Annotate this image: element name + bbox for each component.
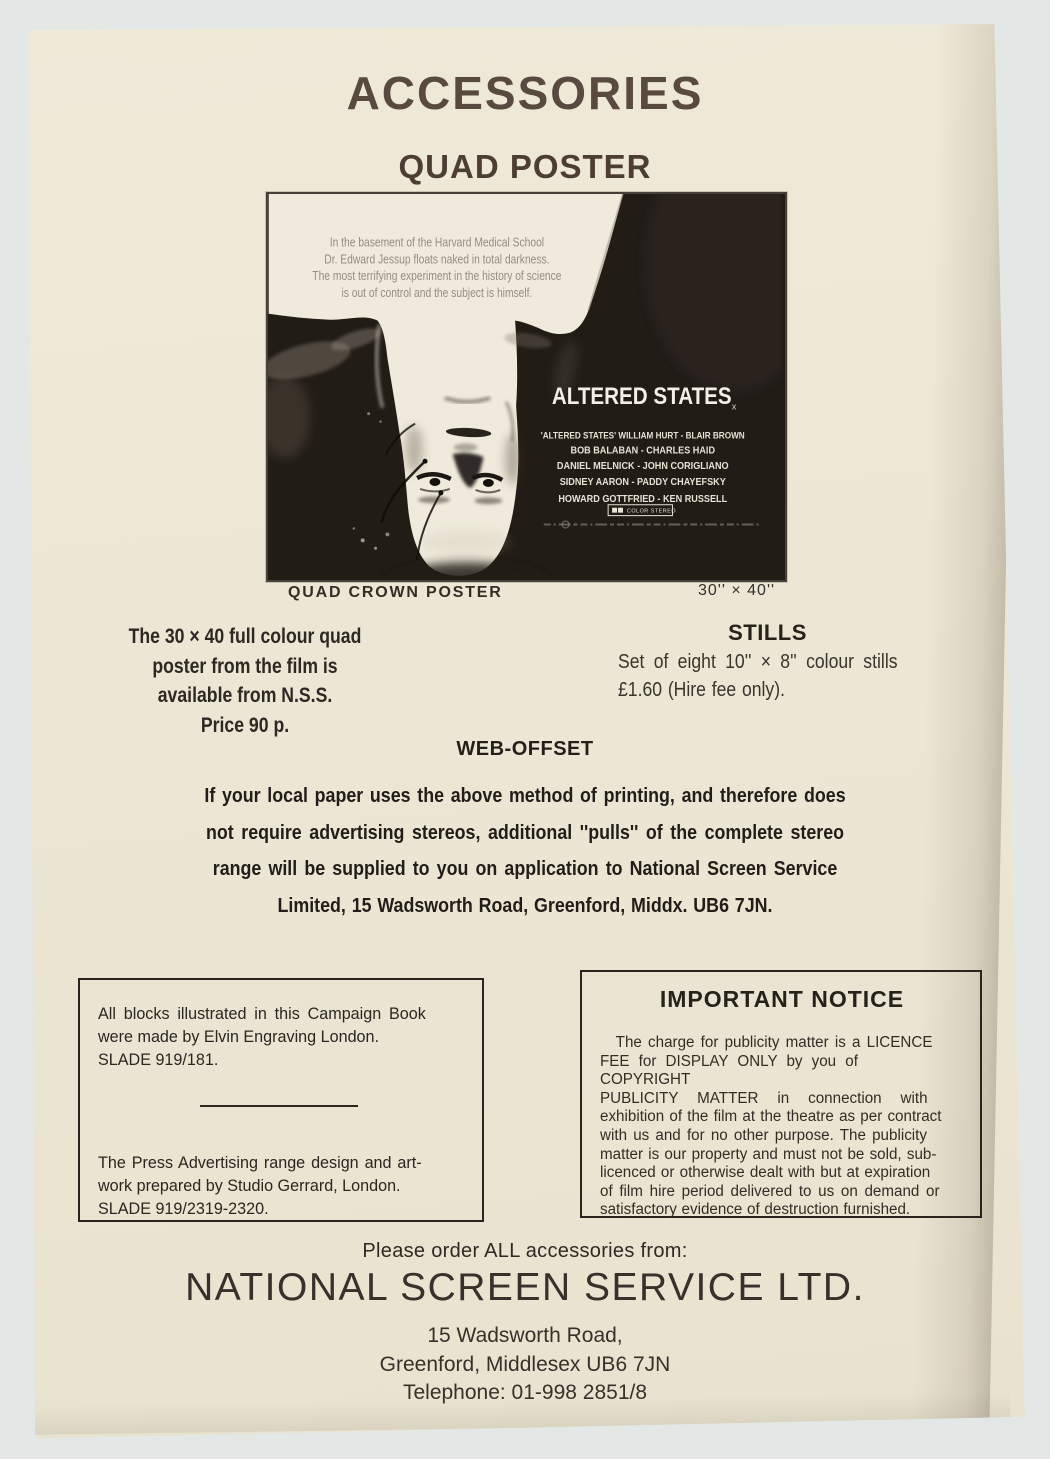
stills-heading: STILLS bbox=[620, 620, 915, 646]
notice-line: The charge for publicity matter is a LIC… bbox=[600, 1034, 957, 1053]
web-offset-line: If your local paper uses the above metho… bbox=[68, 778, 982, 815]
credit-line: BOB BALABAN - CHARLES HAID bbox=[570, 445, 715, 456]
blocks-line: All blocks illustrated in this Campaign … bbox=[98, 1002, 448, 1025]
tagline-line: is out of control and the subject is him… bbox=[341, 286, 532, 300]
credit-line: SIDNEY AARON - PADDY CHAYEFSKY bbox=[560, 477, 727, 488]
tagline-line: Dr. Edward Jessup floats naked in total … bbox=[324, 252, 549, 266]
web-offset-heading: WEB-OFFSET bbox=[0, 738, 1050, 761]
press-advertising-paragraph: The Press Advertising range design and a… bbox=[98, 1151, 448, 1220]
blocks-line: SLADE 919/181. bbox=[98, 1048, 448, 1071]
blocks-credit-box: All blocks illustrated in this Campaign … bbox=[78, 978, 484, 1222]
web-offset-paragraph: If your local paper uses the above metho… bbox=[0, 778, 1050, 924]
credit-line: HOWARD GOTTFRIED - KEN RUSSELL bbox=[558, 493, 727, 504]
blocks-line: work prepared by Studio Gerrard, London. bbox=[98, 1174, 448, 1197]
page-title: ACCESSORIES bbox=[0, 66, 1050, 120]
quad-poster-info: The 30 × 40 full colour quad poster from… bbox=[98, 622, 392, 740]
notice-line: with us and for no other purpose. The pu… bbox=[600, 1127, 957, 1146]
quad-info-line: available from N.S.S. bbox=[98, 681, 392, 711]
important-notice-body: The charge for publicity matter is a LIC… bbox=[600, 1034, 957, 1220]
poster-title-logo: ALTERED STATES bbox=[552, 382, 732, 409]
order-instruction: Please order ALL accessories from: bbox=[0, 1240, 1050, 1263]
campaign-book-page: ACCESSORIES QUAD POSTER bbox=[0, 0, 1050, 1459]
scanned-page-background: ACCESSORIES QUAD POSTER bbox=[0, 0, 1050, 1459]
quad-info-line: Price 90 p. bbox=[98, 711, 392, 741]
blocks-credit-paragraph: All blocks illustrated in this Campaign … bbox=[98, 1002, 448, 1071]
company-name: NATIONAL SCREEN SERVICE LTD. bbox=[0, 1266, 1050, 1310]
address-line: 15 Wadsworth Road, bbox=[0, 1322, 1050, 1351]
dolby-label: COLOR STEREO bbox=[627, 509, 676, 515]
stills-line: Set of eight 10'' × 8'' colour stills bbox=[618, 648, 935, 676]
credit-line: DANIEL MELNICK - JOHN CORIGLIANO bbox=[557, 461, 729, 472]
section-title-quad-poster: QUAD POSTER bbox=[0, 148, 1050, 186]
notice-line: licenced or otherwise dealt with but at … bbox=[600, 1164, 957, 1183]
box-divider-line bbox=[200, 1105, 358, 1107]
quad-info-line: The 30 × 40 full colour quad bbox=[98, 622, 392, 652]
web-offset-line: not require advertising stereos, additio… bbox=[68, 815, 982, 852]
notice-line: FEE for DISPLAY ONLY by you of COPYRIGHT bbox=[600, 1053, 957, 1090]
tagline-line: The most terrifying experiment in the hi… bbox=[312, 269, 561, 283]
quad-info-line: poster from the film is bbox=[98, 652, 392, 682]
blocks-line: The Press Advertising range design and a… bbox=[98, 1151, 448, 1174]
blocks-line: were made by Elvin Engraving London. bbox=[98, 1025, 448, 1048]
altered-states-quad-poster: In the basement of the Harvard Medical S… bbox=[266, 192, 787, 582]
poster-caption: QUAD CROWN POSTER bbox=[288, 584, 503, 602]
company-address: 15 Wadsworth Road, Greenford, Middlesex … bbox=[0, 1322, 1050, 1408]
credit-line: 'ALTERED STATES' WILLIAM HURT - BLAIR BR… bbox=[541, 430, 745, 440]
certificate-x-mark: x bbox=[732, 402, 737, 412]
web-offset-line: Limited, 15 Wadsworth Road, Greenford, M… bbox=[68, 888, 982, 925]
tagline-line: In the basement of the Harvard Medical S… bbox=[330, 235, 544, 249]
notice-line: exhibition of the film at the theatre as… bbox=[600, 1108, 957, 1127]
poster-artwork: In the basement of the Harvard Medical S… bbox=[268, 194, 781, 576]
web-offset-line: range will be supplied to you on applica… bbox=[68, 851, 982, 888]
notice-line: PUBLICITY MATTER in connection with bbox=[600, 1090, 957, 1109]
notice-line: satisfactory evidence of destruction fur… bbox=[600, 1201, 957, 1220]
poster-size-label: 30'' × 40'' bbox=[698, 582, 775, 600]
address-line: Telephone: 01-998 2851/8 bbox=[0, 1379, 1050, 1408]
notice-line: of film hire period delivered to us on d… bbox=[600, 1183, 957, 1202]
important-notice-heading: IMPORTANT NOTICE bbox=[600, 986, 964, 1013]
important-notice-box: IMPORTANT NOTICE The charge for publicit… bbox=[580, 970, 982, 1218]
address-line: Greenford, Middlesex UB6 7JN bbox=[0, 1351, 1050, 1380]
stills-info: Set of eight 10'' × 8'' colour stills £1… bbox=[618, 648, 935, 704]
notice-line: matter is our property and must not be s… bbox=[600, 1146, 957, 1165]
stills-line: £1.60 (Hire fee only). bbox=[618, 676, 935, 704]
blocks-line: SLADE 919/2319-2320. bbox=[98, 1197, 448, 1220]
